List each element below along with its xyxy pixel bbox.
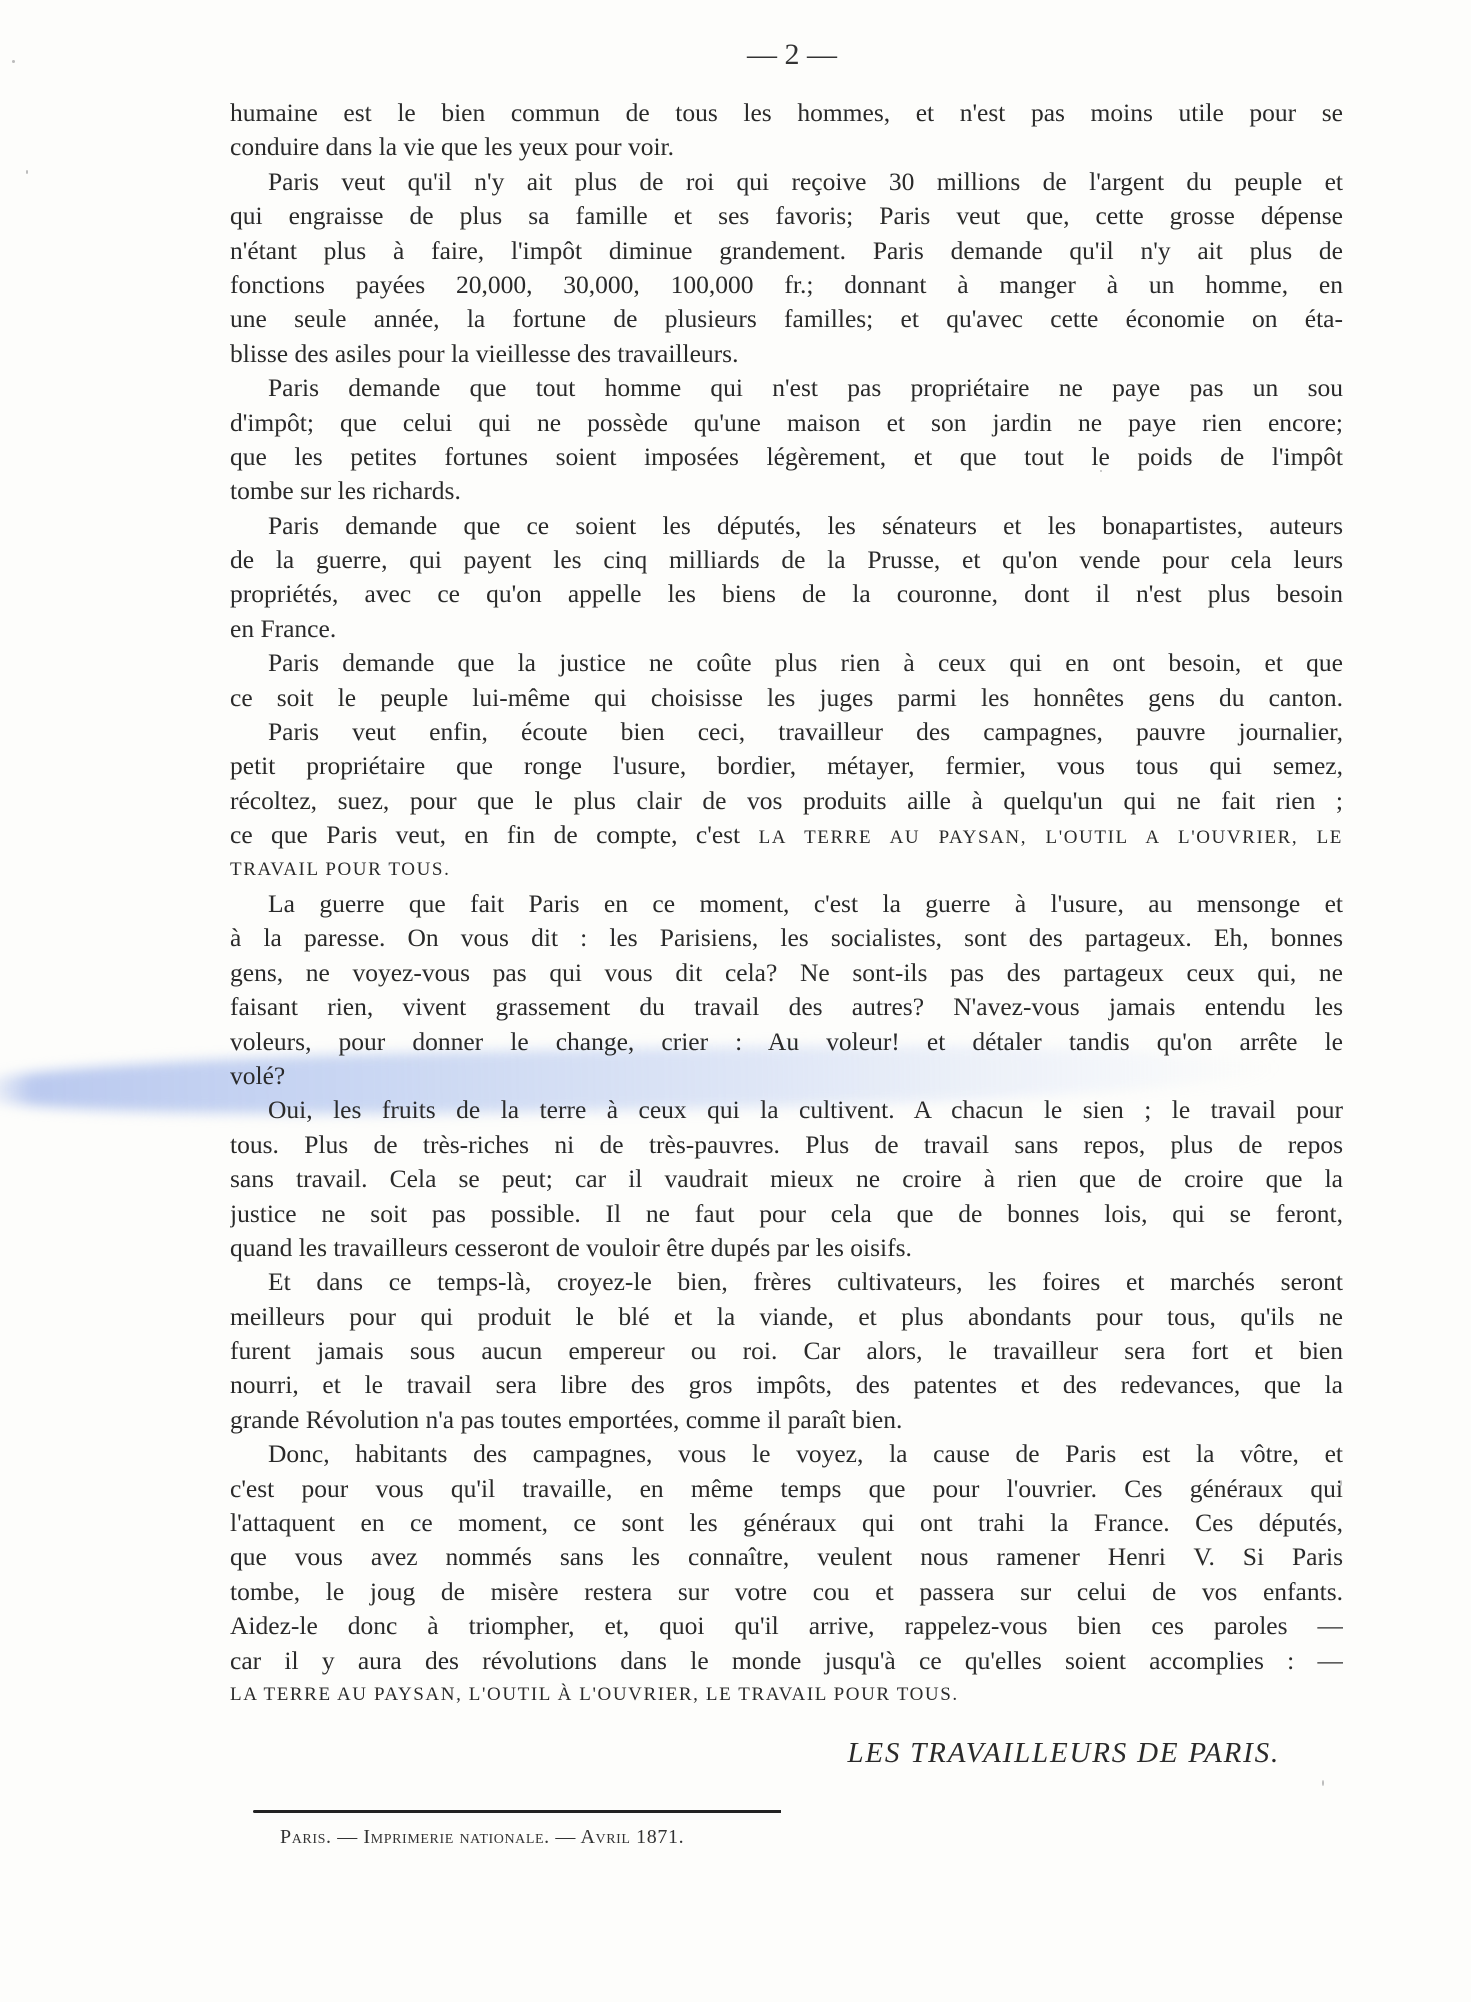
paper-speck: [1340, 1480, 1342, 1486]
small-caps-motto: LA TERRE AU PAYSAN, L'OUTIL A L'OUVRIER,…: [759, 827, 1343, 848]
text-line: conduire dans la vie que les yeux pour v…: [230, 130, 1343, 164]
paragraph-start-line: Paris demande que ce soient les députés,…: [230, 509, 1343, 543]
text-line: faisant rien, vivent grassement du trava…: [230, 990, 1343, 1024]
text-line: c'est pour vous qu'il travaille, en même…: [230, 1472, 1343, 1506]
text-line: grande Révolution n'a pas toutes emporté…: [230, 1403, 1343, 1437]
text-line: propriétés, avec ce qu'on appelle les bi…: [230, 577, 1343, 611]
text-line: nourri, et le travail sera libre des gro…: [230, 1368, 1343, 1402]
text-line: tombe sur les richards.: [230, 474, 1343, 508]
text-line: car il y aura des révolutions dans le mo…: [230, 1644, 1343, 1678]
paper-speck: [1100, 470, 1102, 472]
text-line: blisse des asiles pour la vieillesse des…: [230, 337, 1343, 371]
text-line: tombe, le joug de misère restera sur vot…: [230, 1575, 1343, 1609]
signature: LES TRAVAILLEURS DE PARIS.: [788, 1737, 1280, 1770]
text-line: justice ne soit pas possible. Il ne faut…: [230, 1197, 1343, 1231]
text-line: l'attaquent en ce moment, ce sont les gé…: [230, 1506, 1343, 1540]
paragraph-start-line: Paris veut enfin, écoute bien ceci, trav…: [230, 715, 1343, 749]
paragraph-start-line: Paris veut qu'il n'y ait plus de roi qui…: [230, 165, 1343, 199]
text-line: que les petites fortunes soient imposées…: [230, 440, 1343, 474]
footer-rule: [253, 1810, 781, 1813]
text-line: n'étant plus à faire, l'impôt diminue gr…: [230, 234, 1343, 268]
text-line: quand les travailleurs cesseront de voul…: [230, 1231, 1343, 1265]
text-line: volé?: [230, 1059, 1343, 1093]
text-line: humaine est le bien commun de tous les h…: [230, 96, 1343, 130]
text-line: furent jamais sous aucun empereur ou roi…: [230, 1334, 1343, 1368]
small-caps-motto: TRAVAIL POUR TOUS.: [230, 853, 1343, 887]
text-fragment: ce que Paris veut, en fin de compte, c'e…: [230, 820, 740, 849]
text-line: voleurs, pour donner le change, crier : …: [230, 1025, 1343, 1059]
text-line: d'impôt; que celui qui ne possède qu'une…: [230, 406, 1343, 440]
paper-speck: [1322, 1780, 1324, 1786]
small-caps-motto: LA TERRE AU PAYSAN, L'OUTIL À L'OUVRIER,…: [230, 1678, 1343, 1712]
text-line: une seule année, la fortune de plusieurs…: [230, 302, 1343, 336]
paragraph-start-line: Donc, habitants des campagnes, vous le v…: [230, 1437, 1343, 1471]
text-line: en France.: [230, 612, 1343, 646]
paper-speck: [26, 170, 28, 174]
text-line: ce soit le peuple lui-même qui choisisse…: [230, 681, 1343, 715]
paragraph-start-line: Paris demande que la justice ne coûte pl…: [230, 646, 1343, 680]
text-line: récoltez, suez, pour que le plus clair d…: [230, 784, 1343, 818]
text-line: meilleurs pour qui produit le blé et la …: [230, 1300, 1343, 1334]
text-line: gens, ne voyez-vous pas qui vous dit cel…: [230, 956, 1343, 990]
paragraph-start-line: Oui, les fruits de la terre à ceux qui l…: [230, 1093, 1343, 1127]
text-line: sans travail. Cela se peut; car il vaudr…: [230, 1162, 1343, 1196]
paper-speck: [12, 60, 15, 63]
printer-imprint: Paris. — Imprimerie nationale. — Avril 1…: [280, 1826, 760, 1849]
text-line: Aidez-le donc à triompher, et, quoi qu'i…: [230, 1609, 1343, 1643]
text-line: qui engraisse de plus sa famille et ses …: [230, 199, 1343, 233]
text-line: fonctions payées 20,000, 30,000, 100,000…: [230, 268, 1343, 302]
body-text: humaine est le bien commun de tous les h…: [230, 96, 1343, 1712]
paragraph-start-line: Et dans ce temps-là, croyez-le bien, frè…: [230, 1265, 1343, 1299]
page-number: — 2 —: [700, 38, 884, 72]
text-line-mixed: ce que Paris veut, en fin de compte, c'e…: [230, 818, 1343, 852]
text-line: tous. Plus de très-riches ni de très-pau…: [230, 1128, 1343, 1162]
text-line: petit propriétaire que ronge l'usure, bo…: [230, 749, 1343, 783]
text-line: que vous avez nommés sans les connaître,…: [230, 1540, 1343, 1574]
text-line: à la paresse. On vous dit : les Parisien…: [230, 921, 1343, 955]
paragraph-start-line: Paris demande que tout homme qui n'est p…: [230, 371, 1343, 405]
text-line: de la guerre, qui payent les cinq millia…: [230, 543, 1343, 577]
paragraph-start-line: La guerre que fait Paris en ce moment, c…: [230, 887, 1343, 921]
